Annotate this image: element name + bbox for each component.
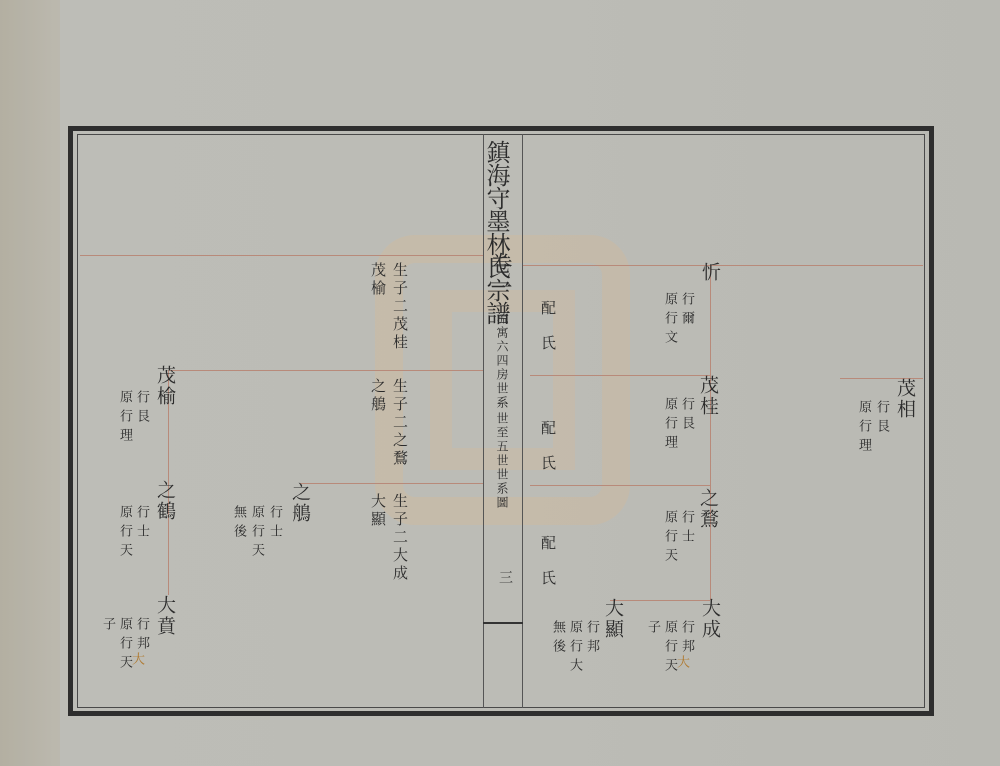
person-rank: 行爾	[680, 292, 693, 330]
person-note: 無後	[551, 620, 564, 658]
person-rank: 行邦	[585, 620, 598, 658]
person-note: 無後	[232, 505, 245, 543]
person-rank: 行邦	[680, 620, 693, 658]
connector-line	[80, 255, 483, 256]
person-original-rank: 原行大	[568, 620, 581, 677]
person-rank: 行士	[680, 510, 693, 548]
annotation-mark: 大	[130, 652, 143, 671]
second-child: 大顯	[370, 493, 385, 529]
children-line: 生子二大成	[392, 493, 407, 583]
wife-entry: 配氏	[540, 420, 555, 490]
connector-line	[530, 485, 710, 486]
person-name: 大顯	[603, 598, 622, 640]
person-name: 大成	[700, 598, 719, 640]
person-name: 之鶩	[698, 488, 717, 530]
person-rank: 行艮	[680, 397, 693, 435]
connector-line	[523, 265, 923, 266]
person-name: 茂桂	[698, 375, 717, 417]
wife-entry: 配氏	[540, 300, 555, 370]
person-rank: 行士	[135, 505, 148, 543]
person-rank: 行士	[268, 505, 281, 543]
person-note: 子	[646, 620, 659, 639]
paper-edge-tint	[0, 0, 60, 766]
person-name: 大賁	[155, 595, 174, 637]
annotation-mark: 大	[675, 655, 688, 674]
person-original-rank: 原行理	[857, 400, 870, 457]
center-spine-rule	[483, 622, 523, 624]
person-name: 之鶴	[155, 480, 174, 522]
second-child: 茂榆	[370, 262, 385, 298]
children-line: 生子二之鶩	[392, 378, 407, 468]
connector-line	[610, 600, 710, 601]
page-number: 三	[498, 570, 512, 586]
person-original-rank: 原行文	[663, 292, 676, 349]
person-name: 茂榆	[155, 365, 174, 407]
person-original-rank: 原行理	[663, 397, 676, 454]
person-original-rank: 原行理	[118, 390, 131, 447]
person-note: 子	[101, 617, 114, 636]
wife-entry: 配氏	[540, 535, 555, 605]
person-original-rank: 原行天	[250, 505, 263, 562]
second-child: 之鵃	[370, 378, 385, 414]
children-line: 生子二茂桂	[392, 262, 407, 352]
generation-subtitle: 一世至五世世系圖	[496, 398, 508, 510]
connector-line	[170, 370, 483, 371]
person-rank: 行艮	[135, 390, 148, 428]
person-original-rank: 原行天	[663, 510, 676, 567]
person-name: 茂相	[895, 378, 914, 420]
person-rank: 行艮	[875, 400, 888, 438]
connector-line	[300, 483, 483, 484]
person-original-rank: 原行天	[118, 505, 131, 562]
person-name: 忻	[700, 262, 719, 283]
person-rank: 行邦	[135, 617, 148, 655]
person-name: 之鵃	[290, 482, 309, 524]
volume-label: 卷一	[488, 252, 510, 300]
connector-line	[530, 375, 710, 376]
section-subtitle: 流寓六四房世系	[496, 312, 508, 410]
